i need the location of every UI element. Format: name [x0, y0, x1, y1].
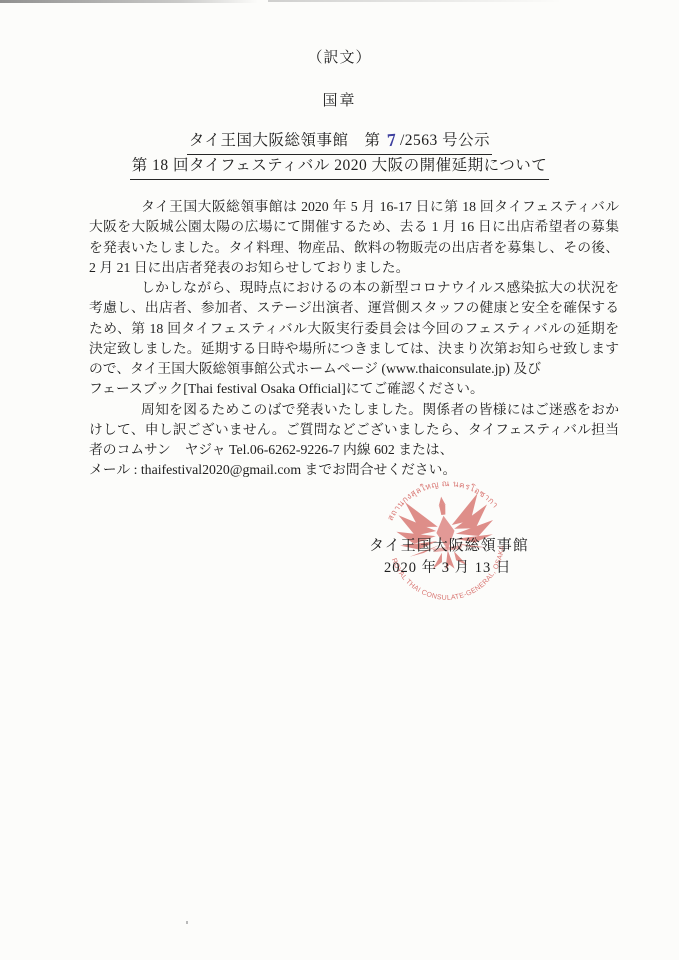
scan-edge-artifact — [268, 0, 563, 2]
paragraph: しかしながら、現時点におけるの本の新型コロナウイルス感染拡大の状況を 考慮し、出… — [89, 278, 619, 400]
text-line: しかしながら、現時点におけるの本の新型コロナウイルス感染拡大の状況を — [89, 278, 619, 298]
scan-edge-artifact — [0, 0, 258, 3]
signature-date: 2020 年 3 月 13 日 — [384, 556, 511, 577]
notice-number-prefix: タイ王国大阪総領事館 第 — [189, 132, 381, 149]
text-line: タイ王国大阪総領事館は 2020 年 5 月 16-17 日に第 18 回タイフ… — [89, 197, 619, 217]
text-line: フェースブック[Thai festival Osaka Official]にてご… — [89, 379, 619, 399]
text-line: 者のコムサン ヤジャ Tel.06-6262-9226-7 内線 602 または… — [89, 440, 619, 460]
text-line: けして、申し訳ございません。ご質問などございましたら、タイフェスティバル担当 — [89, 420, 619, 440]
scan-speck — [186, 921, 188, 924]
paragraph: 周知を図るためこのばで発表いたしました。関係者の皆様にはご迷惑をおか けして、申… — [89, 400, 619, 481]
handwritten-notice-number: 7 — [380, 129, 401, 152]
letter-body: タイ王国大阪総領事館は 2020 年 5 月 16-17 日に第 18 回タイフ… — [89, 197, 619, 481]
text-line: 周知を図るためこのばで発表いたしました。関係者の皆様にはご迷惑をおか — [89, 400, 619, 420]
notice-number-suffix: /2563 号公示 — [400, 132, 490, 149]
translation-note: （訳文） — [0, 46, 679, 67]
text-line: を発表いたしました。タイ料理、物産品、飲料の物販売の出店者を募集し、その後、 — [89, 238, 619, 258]
notice-number-line: タイ王国大阪総領事館 第7/2563 号公示 — [0, 129, 679, 155]
text-line: 大阪を大阪城公園太陽の広場にて開催するため、去る 1 月 16 日に出店希望者の… — [89, 217, 619, 237]
subject-text: 第 18 回タイフェスティバル 2020 大阪の開催延期について — [130, 155, 550, 180]
text-line: 考慮し、出店者、参加者、ステージ出演者、運営側スタッフの健康と安全を確保する — [89, 298, 619, 318]
text-line: ため、第 18 回タイフェスティバル大阪実行委員会は今回のフェスティバルの延期を — [89, 319, 619, 339]
national-emblem-label: 国章 — [0, 89, 679, 110]
text-line: 2 月 21 日に出店者発表のお知らせしておりました。 — [89, 258, 619, 278]
scanned-document-page: （訳文） 国章 タイ王国大阪総領事館 第7/2563 号公示 第 18 回タイフ… — [0, 0, 679, 960]
subject-line: 第 18 回タイフェスティバル 2020 大阪の開催延期について — [0, 155, 679, 180]
notice-title-block: タイ王国大阪総領事館 第7/2563 号公示 第 18 回タイフェスティバル 2… — [0, 129, 679, 180]
text-line: 決定致しました。延期する日時や場所につきましては、決まり次第お知らせ致します — [89, 339, 619, 359]
signature-organization: タイ王国大阪総領事館 — [369, 534, 529, 555]
paragraph: タイ王国大阪総領事館は 2020 年 5 月 16-17 日に第 18 回タイフ… — [89, 197, 619, 278]
text-line: ので、タイ王国大阪総領事館公式ホームページ (www.thaiconsulate… — [89, 359, 619, 379]
text-line: メール : thaifestival2020@gmail.com までお問合せく… — [89, 460, 619, 480]
